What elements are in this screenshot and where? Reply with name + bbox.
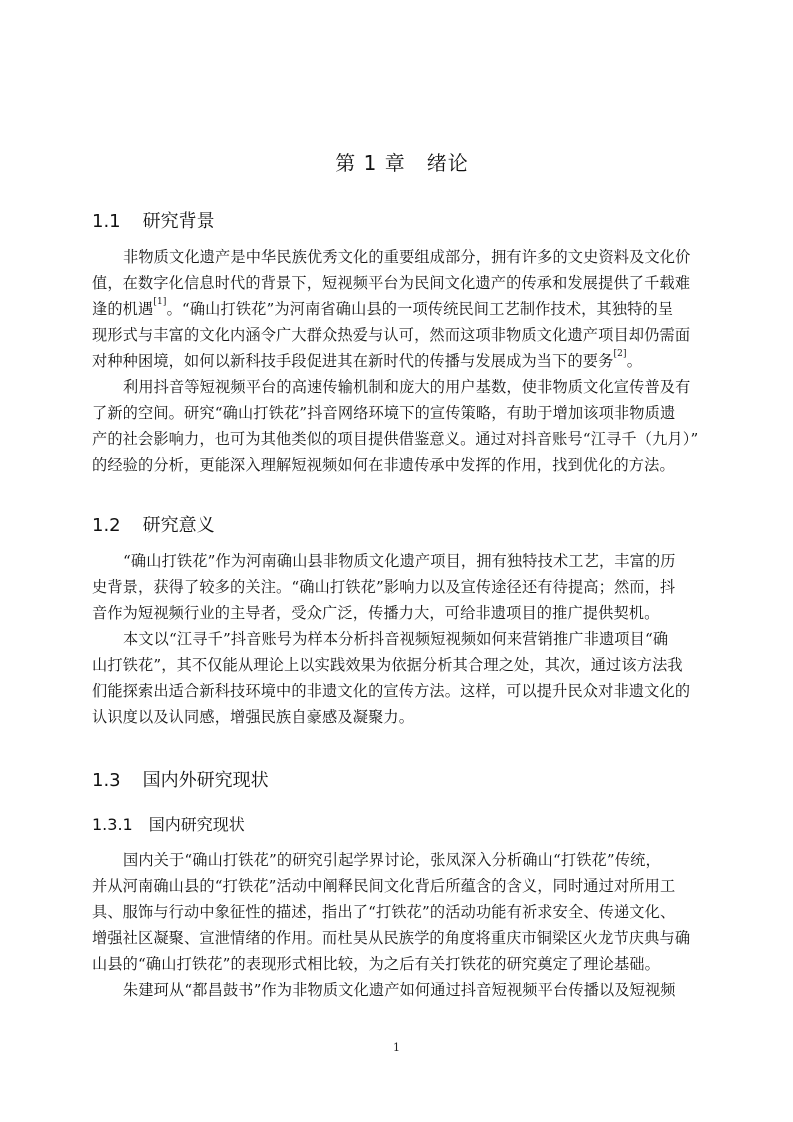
- text-line: 利用抖音等短视频平台的高速传输机制和庞大的用户基数，使非物质文化宣传普及有: [92, 374, 712, 400]
- citation-ref[interactable]: [2]: [613, 349, 626, 359]
- section-heading-1-2: 1.2研究意义: [92, 514, 215, 538]
- subsection-heading-1-3-1: 1.3.1国内研究现状: [92, 814, 245, 836]
- section-title: 国内外研究现状: [143, 770, 269, 791]
- text-line: 非物质文化遗产是中华民族优秀文化的重要组成部分，拥有许多的文史资料及文化价: [92, 244, 712, 270]
- section-heading-1-3: 1.3国内外研究现状: [92, 769, 269, 793]
- text-line: 国内关于“确山打铁花”的研究引起学界讨论，张凤深入分析确山“打铁花”传统，: [92, 847, 712, 873]
- text-span: 。: [627, 352, 642, 370]
- text-line: 音作为短视频行业的主导者，受众广泛，传播力大，可给非遗项目的推广提供契机。: [92, 600, 712, 626]
- paragraph-background-2: 利用抖音等短视频平台的高速传输机制和庞大的用户基数，使非物质文化宣传普及有 了新…: [92, 374, 712, 478]
- text-line: 具、服饰与行动中象征性的描述，指出了“打铁花”的活动功能有祈求安全、传递文化、: [92, 899, 712, 925]
- paragraph-significance-1: “确山打铁花”作为河南确山县非物质文化遗产项目，拥有独特技术工艺，丰富的历 史背…: [92, 548, 712, 626]
- paragraph-domestic-research-1: 国内关于“确山打铁花”的研究引起学界讨论，张凤深入分析确山“打铁花”传统， 并从…: [92, 847, 712, 977]
- section-title: 研究意义: [143, 515, 215, 536]
- page-number: 1: [0, 1041, 793, 1054]
- text-span: 对种种困境，如何以新科技手段促进其在新时代的传播与发展成为当下的要务: [92, 352, 613, 370]
- subsection-number: 1.3.1: [92, 814, 133, 836]
- text-line: 本文以“江寻千”抖音账号为样本分析抖音视频短视频如何来营销推广非遗项目“确: [92, 626, 712, 652]
- text-line: 史背景，获得了较多的关注。“确山打铁花”影响力以及宣传途径还有待提高；然而，抖: [92, 574, 712, 600]
- text-line: 产的社会影响力，也可为其他类似的项目提供借鉴意义。通过对抖音账号“江寻千（九月）…: [92, 426, 712, 452]
- paragraph-domestic-research-2: 朱建珂从“都昌鼓书”作为非物质文化遗产如何通过抖音短视频平台传播以及短视频: [92, 977, 712, 1003]
- section-title: 研究背景: [143, 211, 215, 232]
- text-line: 了新的空间。研究“确山打铁花”抖音网络环境下的宣传策略，有助于增加该项非物质遗: [92, 400, 712, 426]
- text-line: 逢的机遇[1]。“确山打铁花”为河南省确山县的一项传统民间工艺制作技术，其独特的…: [92, 296, 712, 322]
- text-line: 们能探索出适合新科技环境中的非遗文化的宣传方法。这样，可以提升民众对非遗文化的: [92, 678, 712, 704]
- paragraph-background-1: 非物质文化遗产是中华民族优秀文化的重要组成部分，拥有许多的文史资料及文化价 值，…: [92, 244, 712, 374]
- section-number: 1.2: [92, 514, 121, 538]
- paragraph-significance-2: 本文以“江寻千”抖音账号为样本分析抖音视频短视频如何来营销推广非遗项目“确 山打…: [92, 626, 712, 730]
- text-line: 的经验的分析，更能深入理解短视频如何在非遗传承中发挥的作用，找到优化的方法。: [92, 452, 712, 478]
- text-line: 并从河南确山县的“打铁花”活动中阐释民间文化背后所蕴含的含义，同时通过对所用工: [92, 873, 712, 899]
- text-span: 逢的机遇: [92, 300, 153, 318]
- text-line: 朱建珂从“都昌鼓书”作为非物质文化遗产如何通过抖音短视频平台传播以及短视频: [92, 977, 712, 1003]
- chapter-title: 第 1 章 绪论: [92, 150, 712, 176]
- text-line: 对种种困境，如何以新科技手段促进其在新时代的传播与发展成为当下的要务[2]。: [92, 348, 712, 374]
- section-heading-1-1: 1.1研究背景: [92, 210, 215, 234]
- text-line: 山县的“确山打铁花”的表现形式相比较，为之后有关打铁花的研究奠定了理论基础。: [92, 951, 712, 977]
- text-span: 。“确山打铁花”为河南省确山县的一项传统民间工艺制作技术，其独特的呈: [167, 300, 674, 318]
- subsection-title: 国内研究现状: [149, 815, 245, 834]
- section-number: 1.1: [92, 210, 121, 234]
- text-line: 山打铁花”，其不仅能从理论上以实践效果为依据分析其合理之处，其次，通过该方法我: [92, 652, 712, 678]
- text-line: 现形式与丰富的文化内涵令广大群众热爱与认可，然而这项非物质文化遗产项目却仍需面: [92, 322, 712, 348]
- text-line: 值，在数字化信息时代的背景下，短视频平台为民间文化遗产的传承和发展提供了千载难: [92, 270, 712, 296]
- citation-ref[interactable]: [1]: [153, 297, 166, 307]
- document-page: 第 1 章 绪论 1.1研究背景 非物质文化遗产是中华民族优秀文化的重要组成部分…: [0, 0, 793, 1122]
- section-number: 1.3: [92, 769, 121, 793]
- text-line: 认识度以及认同感，增强民族自豪感及凝聚力。: [92, 704, 712, 730]
- text-line: “确山打铁花”作为河南确山县非物质文化遗产项目，拥有独特技术工艺，丰富的历: [92, 548, 712, 574]
- text-line: 增强社区凝聚、宣泄情绪的作用。而杜昊从民族学的角度将重庆市铜梁区火龙节庆典与确: [92, 925, 712, 951]
